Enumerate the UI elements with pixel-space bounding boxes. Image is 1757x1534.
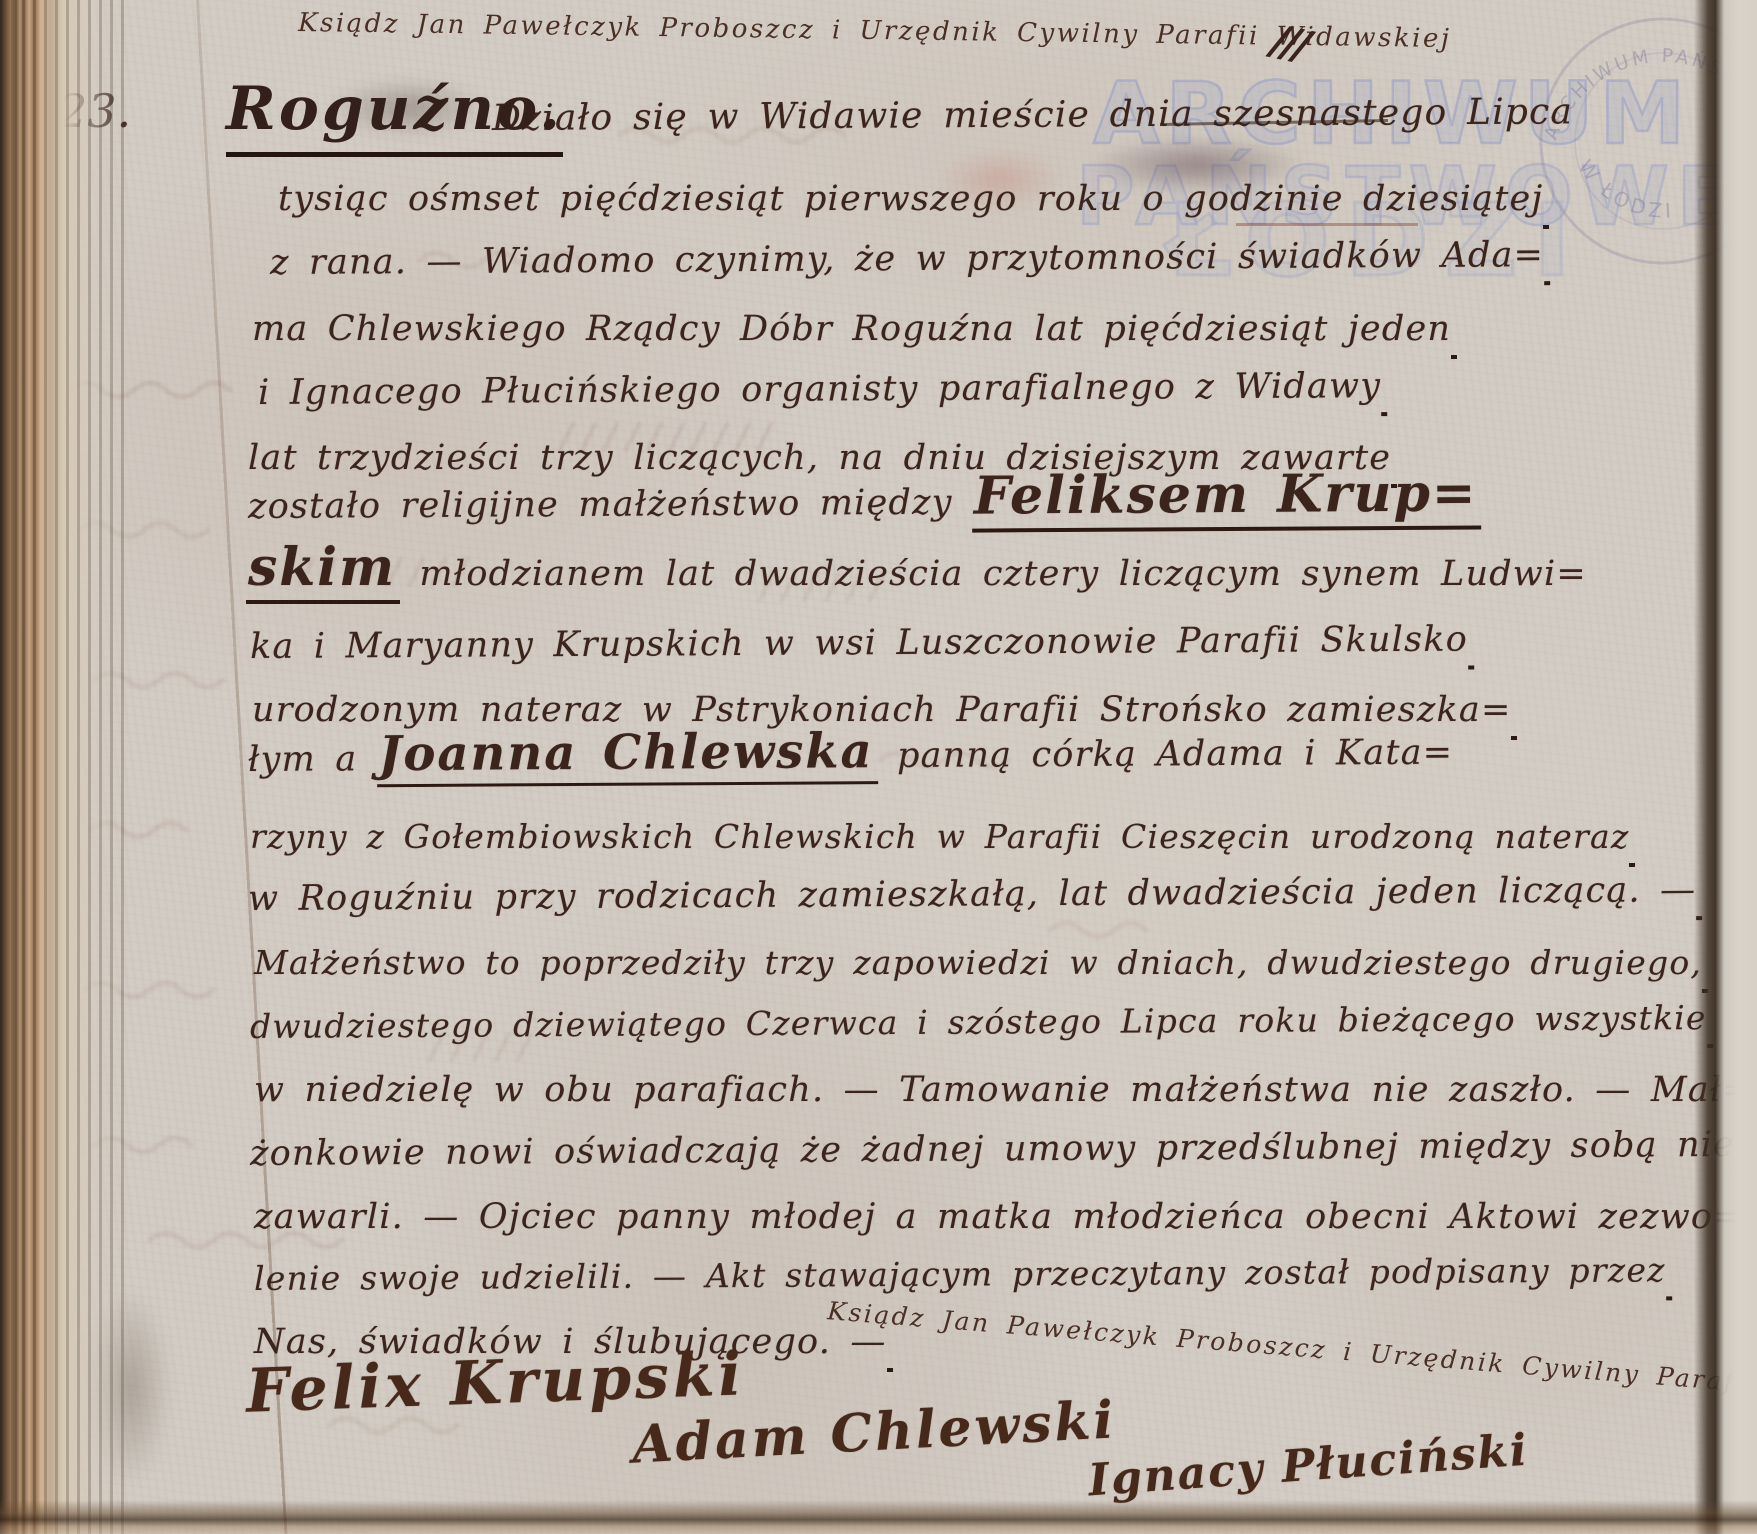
manuscript-line: w niedzielę w obu parafiach. — Tamowanie… [254,1053,1757,1114]
manuscript-line: i Ignacego Płucińskiego organisty parafi… [258,349,1387,417]
manuscript-line: w Roguźniu przy rodzicach zamieszkałą, l… [248,853,1703,923]
marriage-record-scan: ARCHIWUM PAŃSTWOWE ŁODZI ARCHIWUM PAŃSTW… [0,0,1757,1534]
manuscript-line: rzyny z Gołembiowskich Chlewskich w Para… [250,800,1635,861]
manuscript-line: lenie swoje udzielili. — Akt stawającym … [254,1233,1672,1303]
underline-hour-mark [1236,223,1418,226]
manuscript-line: zostało religijne małżeństwo między Feli… [248,462,1482,531]
manuscript-line: Małżeństwo to poprzedziły trzy zapowiedz… [254,926,1708,987]
entry-number: 23. [58,84,131,138]
manuscript-body: Ksiądz Jan Pawełczyk Proboszcz i Urzędni… [0,0,1757,1534]
manuscript-line: dwudziestego dziewiątego Czerwca i szóst… [250,981,1713,1051]
manuscript-line: skim młodzianem lat dwadzieścia cztery l… [246,537,1587,598]
manuscript-line: łym a Joanna Chlewska panną córką Adama … [248,720,1454,783]
manuscript-line: tysiąc ośmset pięćdziesiąt pierwszego ro… [278,162,1549,223]
registrar-annotation-closing: Ksiądz Jan Pawełczyk Proboszcz i Urzędni… [826,1296,1757,1405]
manuscript-line: żonkowie nowi oświadczają że żadnej umow… [250,1108,1741,1178]
manuscript-line: Działo się w Widawie mieście dnia szesna… [492,91,1573,139]
manuscript-line: ma Chlewskiego Rządcy Dóbr Roguźna lat p… [252,292,1457,353]
place-heading: Roguźno. [226,74,563,157]
manuscript-line: ka i Maryanny Krupskich w wsi Luszczonow… [250,603,1474,671]
manuscript-line: z rana. — Wiadomo czynimy, że w przytomn… [270,218,1550,287]
manuscript-line: zawarli. — Ojciec panny młodej a matka m… [254,1180,1750,1241]
signature-witness: Ignacy Płuciński [1087,1425,1530,1507]
